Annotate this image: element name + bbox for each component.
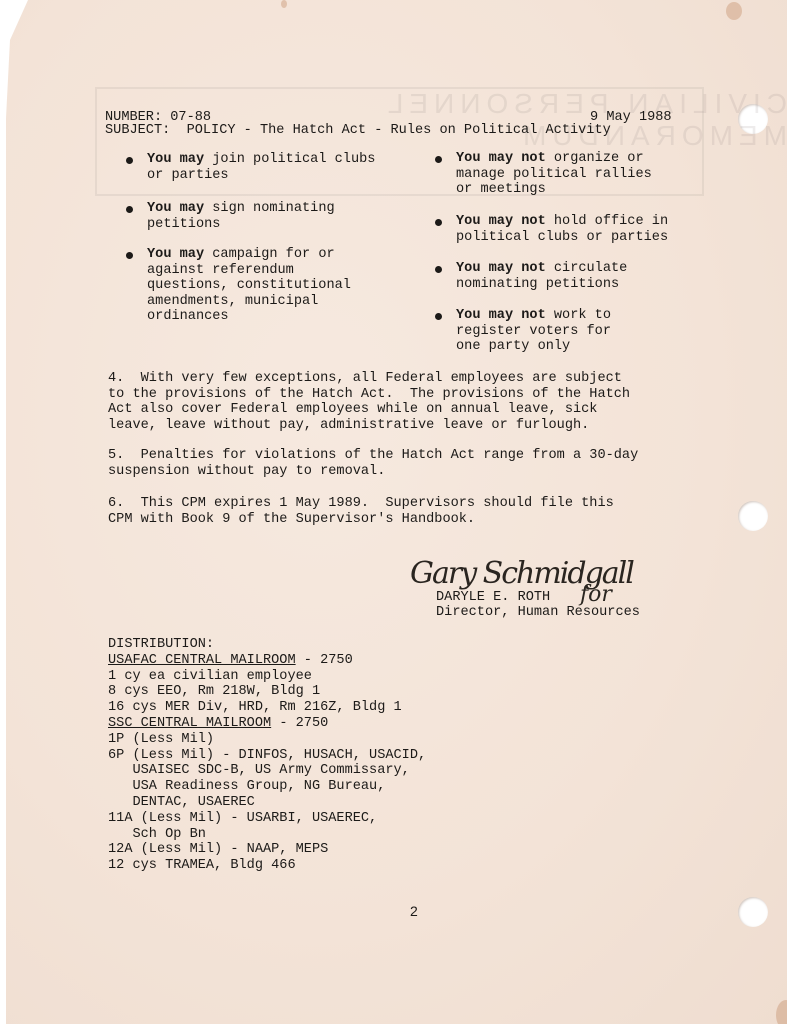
distribution-line: Sch Op Bn (108, 827, 206, 843)
bullet-text: hold office in (546, 214, 668, 229)
bullet-text: campaign for or (204, 247, 335, 262)
bullet-text: sign nominating (204, 201, 335, 216)
punch-hole (738, 501, 768, 531)
distribution-group-ssc: SSC CENTRAL MAILROOM - 2750 (108, 716, 328, 732)
bullet-item-continuation: amendments, municipal (147, 294, 318, 310)
distribution-line: 12A (Less Mil) - NAAP, MEPS (108, 842, 328, 858)
bullet-item: You may not work to (456, 308, 611, 324)
distribution-group-usafac: USAFAC CENTRAL MAILROOM - 2750 (108, 653, 353, 669)
bullet-item: You may not circulate (456, 261, 627, 277)
bullet-item: You may join political clubs (147, 152, 375, 168)
stain (776, 1000, 787, 1024)
bullet-item-continuation: manage political rallies (456, 167, 652, 183)
bullet-icon (435, 313, 442, 320)
bullet-text: circulate (546, 261, 628, 276)
bullet-item: You may sign nominating (147, 201, 335, 217)
bullet-prefix: You may not (456, 151, 546, 166)
bullet-icon (126, 206, 133, 213)
bullet-text: join political clubs (204, 152, 375, 167)
bullet-icon (126, 157, 133, 164)
bullet-item-continuation: against referendum (147, 263, 294, 279)
paragraph-line: leave, leave without pay, administrative… (108, 418, 589, 434)
distribution-line: 12 cys TRAMEA, Bldg 466 (108, 858, 296, 874)
bullet-item-continuation: or parties (147, 168, 229, 184)
signature-initials: for (580, 582, 612, 607)
paragraph-line: suspension without pay to removal. (108, 464, 385, 480)
paragraph-line: 5. Penalties for violations of the Hatch… (108, 448, 638, 464)
distribution-line: 6P (Less Mil) - DINFOS, HUSACH, USACID, (108, 748, 426, 764)
mailroom-code: - 2750 (296, 653, 353, 668)
letterhead-bleedthrough-title: CIVILIAN PERSONNEL MEMORANDUM (130, 88, 787, 152)
paragraph-line: Act also cover Federal employees while o… (108, 402, 597, 418)
bullet-icon (126, 252, 133, 259)
paragraph-line: 4. With very few exceptions, all Federal… (108, 371, 622, 387)
bullet-item-continuation: nominating petitions (456, 277, 619, 293)
mailroom-name: SSC CENTRAL MAILROOM (108, 716, 271, 731)
bullet-prefix: You may not (456, 261, 546, 276)
paragraph-line: CPM with Book 9 of the Supervisor's Hand… (108, 512, 475, 528)
signer-name: DARYLE E. ROTH (436, 590, 550, 606)
bullet-item: You may not organize or (456, 151, 644, 167)
bullet-prefix: You may not (456, 308, 546, 323)
distribution-line: 1P (Less Mil) (108, 732, 214, 748)
bullet-icon (435, 219, 442, 226)
paragraph-line: to the provisions of the Hatch Act. The … (108, 387, 630, 403)
paragraph-line: 6. This CPM expires 1 May 1989. Supervis… (108, 496, 614, 512)
distribution-line: USAISEC SDC-B, US Army Commissary, (108, 763, 410, 779)
bullet-text: organize or (546, 151, 644, 166)
bullet-text: work to (546, 308, 611, 323)
bullet-prefix: You may (147, 201, 204, 216)
mailroom-name: USAFAC CENTRAL MAILROOM (108, 653, 296, 668)
bullet-prefix: You may (147, 247, 204, 262)
stain (281, 0, 287, 8)
bullet-item-continuation: one party only (456, 339, 570, 355)
distribution-line: USA Readiness Group, NG Bureau, (108, 779, 385, 795)
bullet-item-continuation: questions, constitutional (147, 278, 351, 294)
distribution-heading: DISTRIBUTION: (108, 637, 214, 653)
bullet-item-continuation: register voters for (456, 324, 611, 340)
bullet-item-continuation: ordinances (147, 309, 229, 325)
bullet-item-continuation: petitions (147, 217, 220, 233)
bullet-item-continuation: political clubs or parties (456, 230, 668, 246)
bullet-icon (435, 266, 442, 273)
distribution-line: DENTAC, USAEREC (108, 795, 255, 811)
distribution-line: 11A (Less Mil) - USARBI, USAEREC, (108, 811, 377, 827)
stain (726, 2, 742, 20)
memo-subject: SUBJECT: POLICY - The Hatch Act - Rules … (105, 123, 611, 139)
mailroom-code: - 2750 (271, 716, 328, 731)
distribution-line: 16 cys MER Div, HRD, Rm 216Z, Bldg 1 (108, 700, 402, 716)
distribution-line: 1 cy ea civilian employee (108, 669, 312, 685)
punch-hole (738, 897, 768, 927)
bullet-prefix: You may not (456, 214, 546, 229)
bullet-item-continuation: or meetings (456, 182, 546, 198)
page-number: 2 (410, 903, 418, 919)
bullet-icon (435, 156, 442, 163)
signer-title: Director, Human Resources (436, 605, 640, 621)
bullet-item: You may not hold office in (456, 214, 668, 230)
distribution-line: 8 cys EEO, Rm 218W, Bldg 1 (108, 684, 320, 700)
bullet-item: You may campaign for or (147, 247, 335, 263)
bullet-prefix: You may (147, 152, 204, 167)
